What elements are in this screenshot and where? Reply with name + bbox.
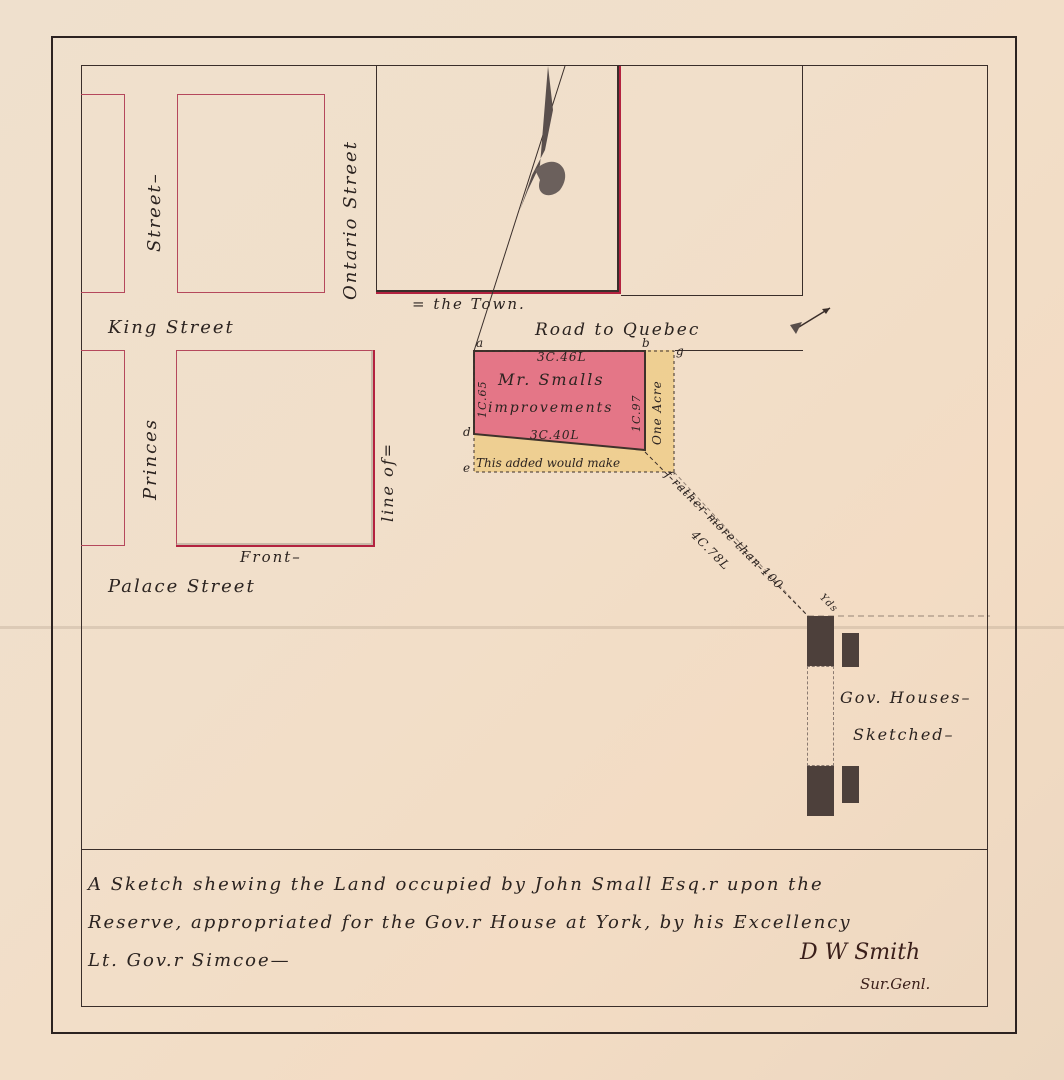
corner-g: g [676, 344, 685, 358]
label-added-note: This added would make [476, 456, 620, 470]
measure-bottom: 3C.40L [530, 428, 579, 442]
gov-house-wing-bottom [842, 766, 859, 803]
signature: D W Smith [800, 940, 920, 965]
parcel-title-line2: improvements [488, 400, 613, 416]
gov-house-connector [807, 666, 834, 766]
caption-line-1: A Sketch shewing the Land occupied by Jo… [88, 874, 824, 895]
measure-top: 3C.46L [537, 350, 586, 364]
label-one-acre: One Acre [650, 380, 664, 445]
caption-line-3: Lt. Gov.r Simcoe— [88, 950, 291, 971]
gov-house-main-bottom [807, 766, 834, 816]
label-line-of: line of= [378, 442, 397, 522]
corner-a: a [476, 336, 484, 350]
measure-right: 1C.97 [630, 394, 643, 432]
corner-b: b [642, 336, 651, 350]
label-road-to-quebec: Road to Quebec [535, 320, 700, 340]
gov-house-main-top [807, 616, 834, 666]
caption-line-2: Reserve, appropriated for the Gov.r Hous… [88, 912, 852, 933]
label-gov-houses: Gov. Houses– [840, 688, 972, 707]
corner-d: d [463, 425, 472, 439]
corner-e: e [463, 461, 471, 475]
parcel-title-line1: Mr. Smalls [498, 370, 605, 389]
label-ontario-street: Ontario Street [340, 140, 361, 300]
label-princes-street-top: Street– [144, 172, 165, 252]
label-princes: Princes [140, 418, 161, 500]
label-king-street: King Street [108, 317, 235, 338]
label-sketched: Sketched– [853, 725, 955, 744]
label-front: Front– [240, 548, 302, 566]
gov-house-wing-top [842, 633, 859, 667]
signature-title: Sur.Genl. [860, 975, 930, 993]
label-the-town: = the Town. [412, 295, 526, 313]
label-palace-street: Palace Street [108, 576, 256, 597]
